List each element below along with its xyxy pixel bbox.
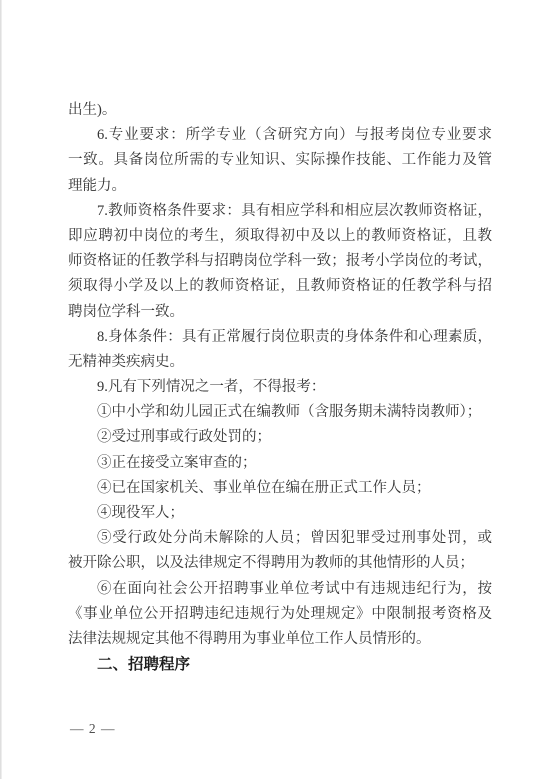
page-number: — 2 —: [70, 721, 116, 737]
para-7-teacher-certificate-line-1: 7.教师资格条件要求：具有相应学科和相应层次教师资格证，: [68, 199, 492, 224]
para-6-major-requirement-line-1: 6.专业要求：所学专业（含研究方向）与报考岗位专业要求: [68, 123, 492, 148]
para-7-teacher-certificate-line-2: 即应聘初中岗位的考生，须取得初中及以上的教师资格证，且教: [68, 224, 492, 249]
scan-edge-artifact: [0, 0, 2, 779]
exclusion-item-5-line-2: 被开除公职，以及法律规定不得聘用为教师的其他情形的人员；: [68, 551, 492, 576]
para-8-physical-condition-line-2: 无精神类疾病史。: [68, 350, 492, 375]
exclusion-item-2-line-1: ②受过刑事或行政处罚的；: [68, 425, 492, 450]
exclusion-item-6-line-2: 《事业单位公开招聘违纪违规行为处理规定》中限制报考资格及: [68, 602, 492, 627]
document-text-block: 出生)。6.专业要求：所学专业（含研究方向）与报考岗位专业要求一致。具备岗位所需…: [68, 98, 492, 677]
scanned-document-page: 出生)。6.专业要求：所学专业（含研究方向）与报考岗位专业要求一致。具备岗位所需…: [0, 0, 551, 779]
para-9-exclusion-intro-line-1: 9.凡有下列情况之一者，不得报考：: [68, 375, 492, 400]
exclusion-item-4b-line-1: ④现役军人；: [68, 501, 492, 526]
para-7-teacher-certificate-line-3: 师资格证的任教学科与招聘岗位学科一致；报考小学岗位的考试，: [68, 249, 492, 274]
exclusion-item-4-line-1: ④已在国家机关、事业单位在编在册正式工作人员；: [68, 476, 492, 501]
para-prev-page-overflow-line-1: 出生)。: [68, 98, 492, 123]
para-6-major-requirement-line-3: 理能力。: [68, 174, 492, 199]
para-7-teacher-certificate-line-4: 须取得小学及以上的教师资格证，且教师资格证的任教学科与招: [68, 274, 492, 299]
exclusion-item-6-line-3: 法律法规规定其他不得聘用为事业单位工作人员情形的。: [68, 627, 492, 652]
para-8-physical-condition-line-1: 8.身体条件：具有正常履行岗位职责的身体条件和心理素质，: [68, 325, 492, 350]
exclusion-item-1-line-1: ①中小学和幼儿园正式在编教师（含服务期未满特岗教师）；: [68, 400, 492, 425]
para-6-major-requirement-line-2: 一致。具备岗位所需的专业知识、实际操作技能、工作能力及管: [68, 148, 492, 173]
para-7-teacher-certificate-line-5: 聘岗位学科一致。: [68, 300, 492, 325]
exclusion-item-6-line-1: ⑥在面向社会公开招聘事业单位考试中有违规违纪行为，按: [68, 577, 492, 602]
section-heading-2-recruit-procedure-line-1: 二、招聘程序: [68, 652, 492, 677]
exclusion-item-5-line-1: ⑤受行政处分尚未解除的人员；曾因犯罪受过刑事处罚，或: [68, 526, 492, 551]
exclusion-item-3-line-1: ③正在接受立案审查的；: [68, 451, 492, 476]
